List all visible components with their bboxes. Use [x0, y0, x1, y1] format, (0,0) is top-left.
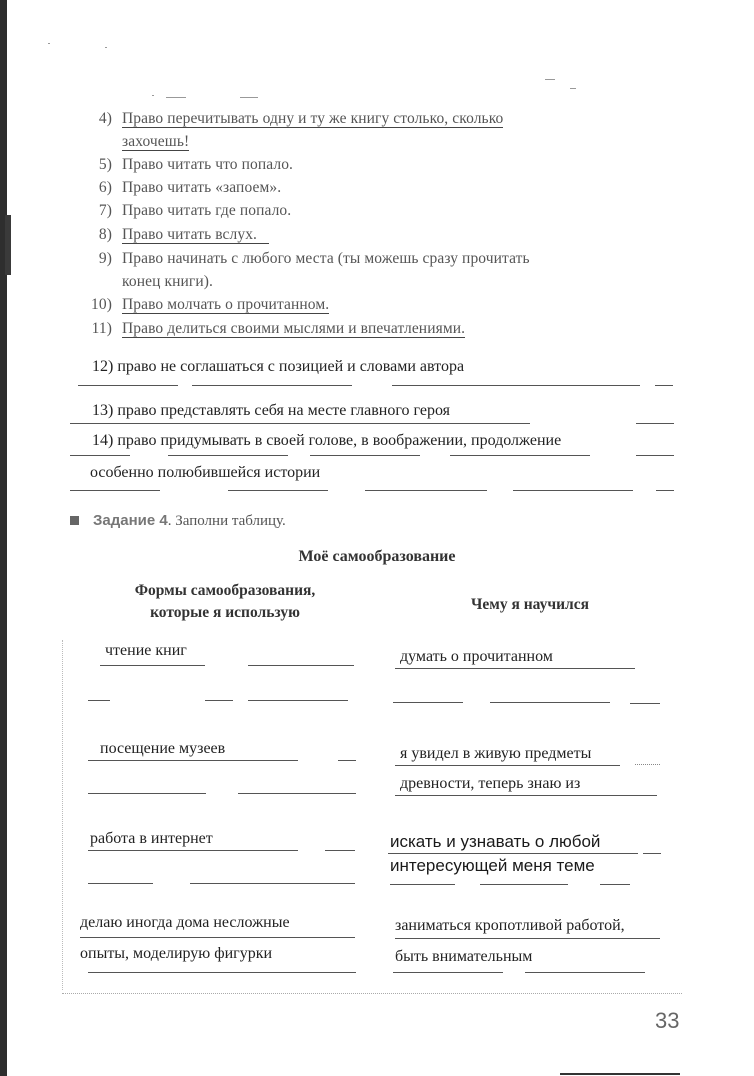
handwritten-line: 13) право представлять себя на месте гла… — [92, 402, 450, 420]
list-item: 8)Право читать вслух. — [82, 226, 269, 244]
form-cell: опыты, моделирую фигурки — [80, 945, 272, 963]
list-item-continuation: конец книги). — [122, 273, 213, 291]
column-header-learned: Чему я научился — [400, 594, 660, 616]
list-item: 4)Право перечитывать одну и ту же книгу … — [82, 110, 503, 128]
form-cell: чтение книг — [105, 642, 187, 660]
form-cell: работа в интернет — [90, 830, 213, 848]
task-label: Задание 4 — [93, 512, 168, 529]
learned-cell: я увидел в живую предметы — [400, 745, 591, 763]
handwritten-line: 12) право не соглашаться с позицией и сл… — [92, 358, 464, 376]
learned-cell: быть внимательным — [395, 948, 532, 966]
task-instruction: . Заполни таблицу. — [168, 513, 286, 529]
list-item-continuation: захочешь! — [122, 133, 189, 151]
page-binding-mark — [5, 215, 11, 275]
scan-dotted-margin — [62, 640, 63, 990]
learned-cell: искать и узнавать о любой — [390, 832, 600, 852]
handwritten-line: особенно полюбившейся истории — [90, 464, 320, 482]
list-item: 7)Право читать где попало. — [82, 202, 291, 220]
learned-cell: интересующей меня теме — [390, 856, 595, 876]
learned-cell: думать о прочитанном — [400, 648, 553, 666]
page-number: 33 — [655, 1008, 679, 1034]
learned-cell: древности, теперь знаю из — [400, 775, 580, 793]
task-heading: Задание 4. Заполни таблицу. — [70, 512, 286, 530]
list-item-text: Право перечитывать одну и ту же книгу ст… — [122, 110, 503, 128]
bullet-square-icon — [70, 516, 79, 525]
list-item: 5)Право читать что попало. — [82, 156, 293, 174]
learned-cell: заниматься кропотливой работой, — [395, 917, 625, 935]
list-item: 6)Право читать «запоем». — [82, 179, 281, 197]
list-item: 11)Право делиться своими мыслями и впеча… — [82, 320, 465, 338]
scan-bottom-edge — [560, 1073, 680, 1075]
form-cell: делаю иногда дома несложные — [80, 914, 290, 932]
handwritten-line: 14) право придумывать в своей голове, в … — [92, 432, 561, 450]
list-item: 9)Право начинать с любого места (ты може… — [82, 250, 530, 268]
table-title: Моё самообразование — [0, 548, 754, 566]
list-item: 10)Право молчать о прочитанном. — [82, 296, 329, 314]
form-cell: посещение музеев — [100, 740, 225, 758]
column-header-forms: Формы самообразования, которые я использ… — [80, 580, 370, 624]
page-binding-edge — [0, 0, 7, 1076]
scan-dotted-line — [62, 993, 682, 994]
